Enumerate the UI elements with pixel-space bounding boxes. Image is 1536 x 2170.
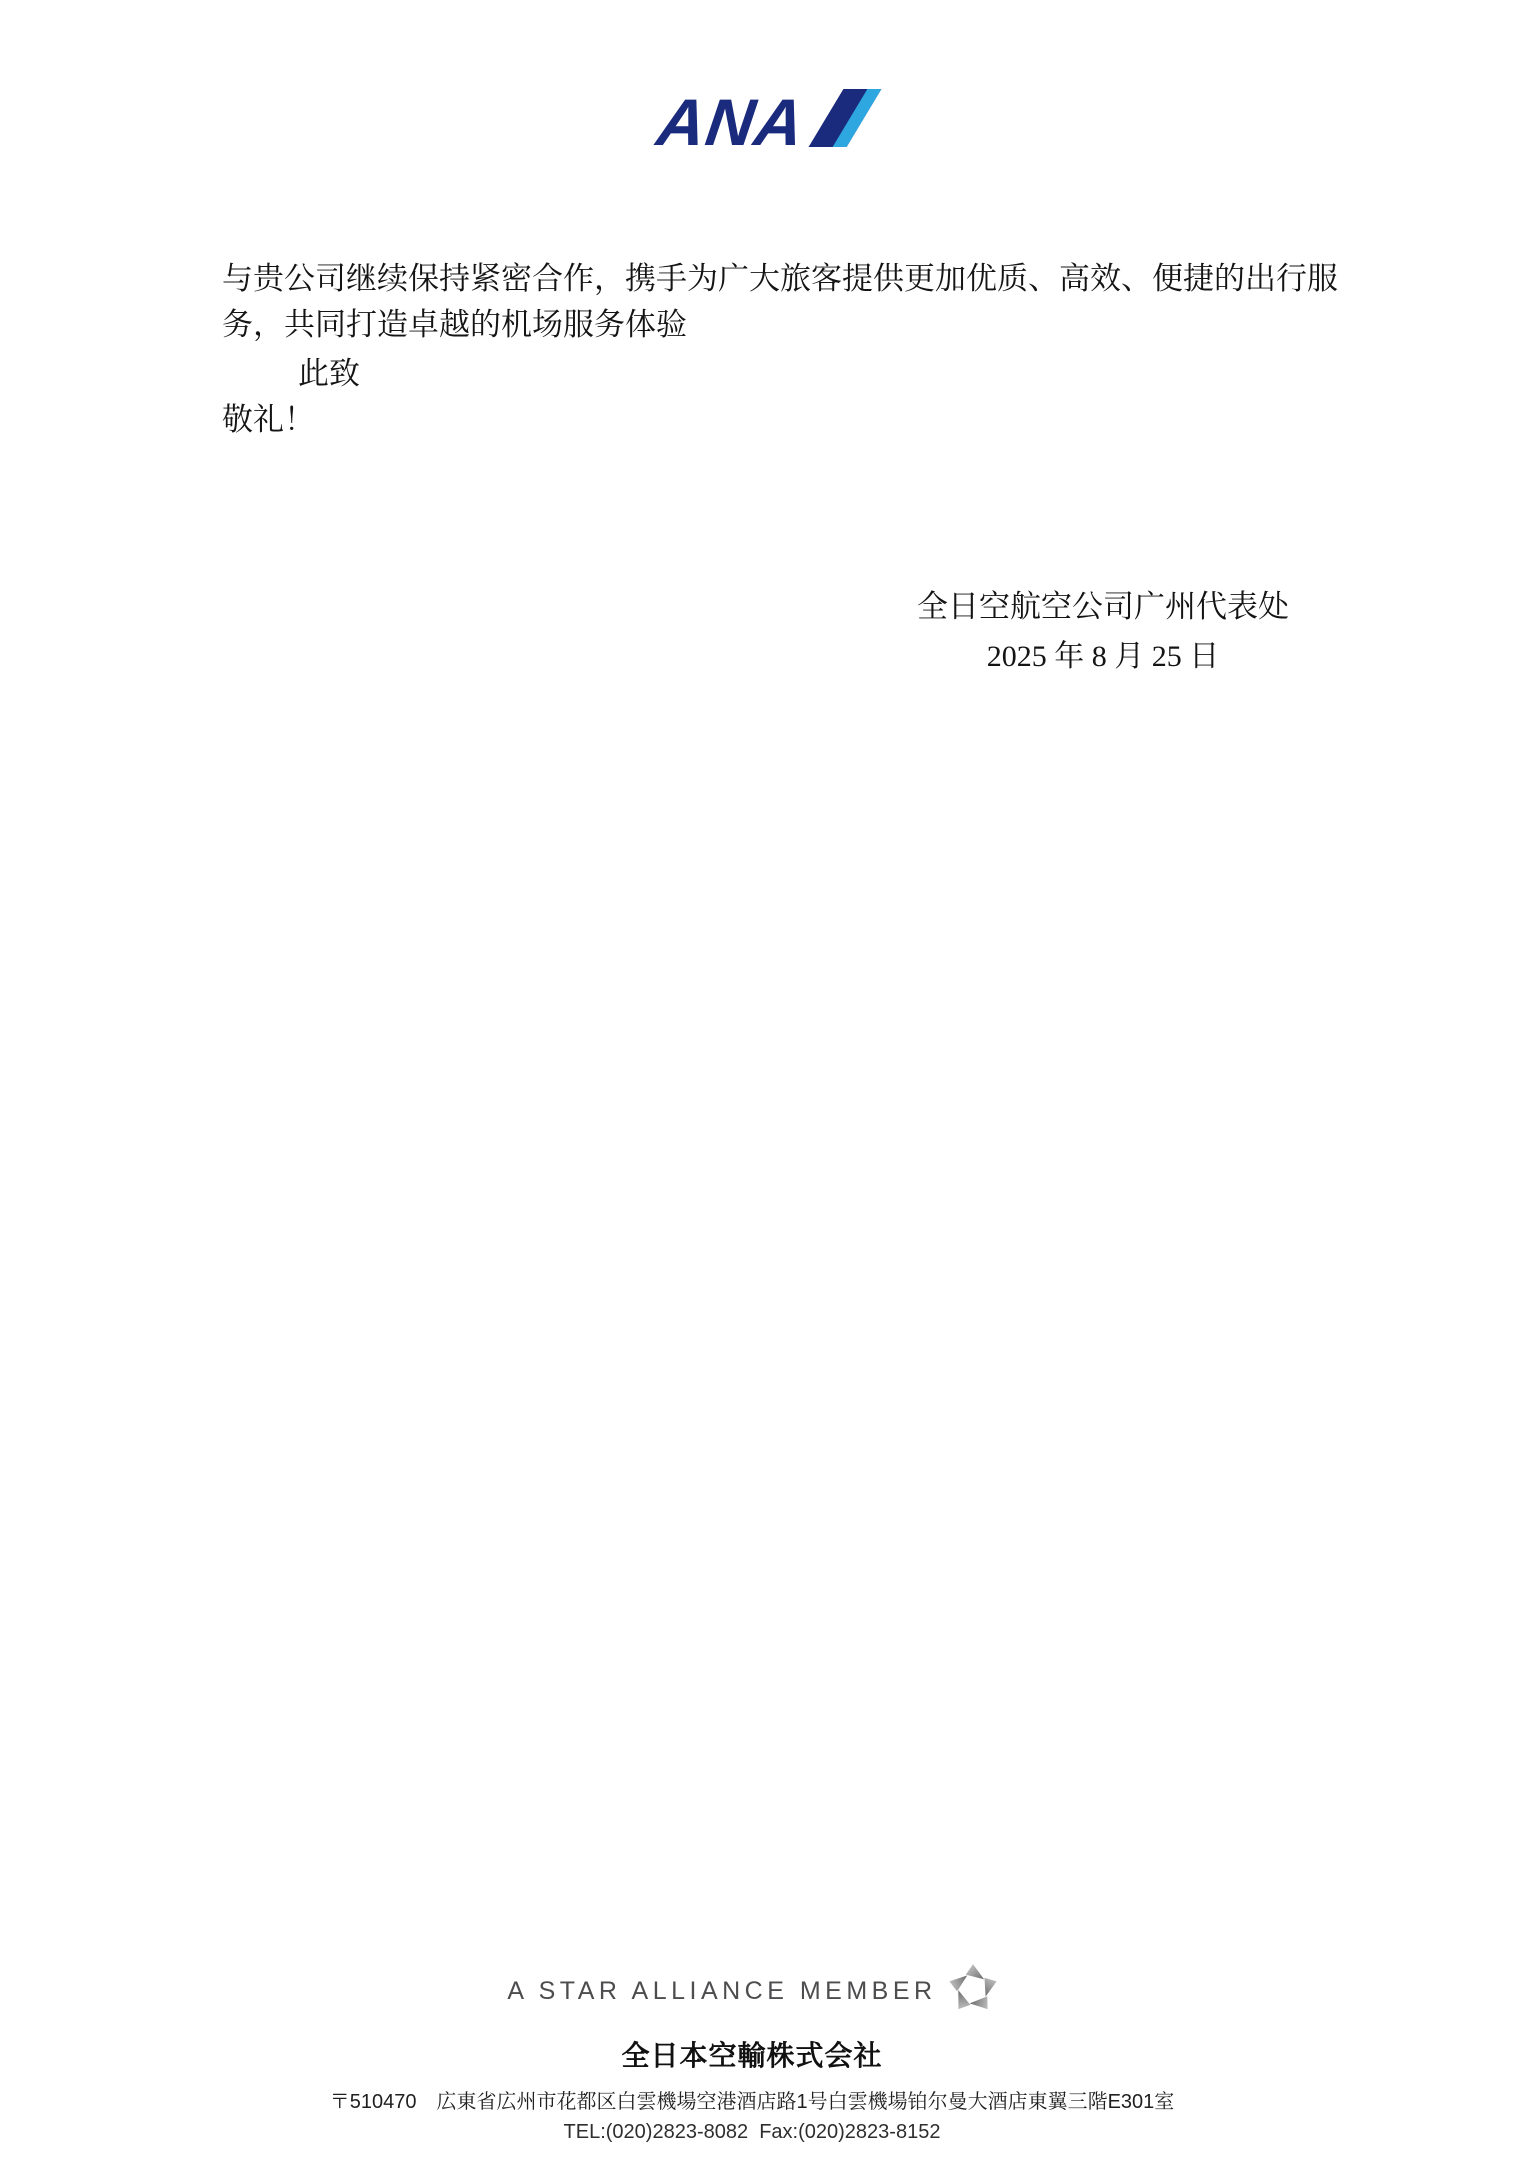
letter-body: 与贵公司继续保持紧密合作，携手为广大旅客提供更加优质、高效、便捷的出行服 务，共… (222, 256, 1362, 443)
letter-page: ANA 与贵公司继续保持紧密合作，携手为广大旅客提供更加优质、高效、便捷的出行服… (0, 0, 1536, 2170)
signature-date: 2025 年 8 月 25 日 (912, 632, 1294, 682)
footer-tel-fax: TEL:(020)2823-8082 Fax:(020)2823-8152 (0, 2121, 1520, 2144)
body-line: 与贵公司继续保持紧密合作，携手为广大旅客提供更加优质、高效、便捷的出行服 (222, 256, 1362, 302)
ana-slash-icon (809, 89, 882, 147)
closing-jingli: 敬礼！ (222, 397, 1362, 443)
star-alliance-logo-icon (949, 1960, 997, 2023)
star-alliance-row: A STAR ALLIANCE MEMBER (0, 1962, 1520, 2020)
ana-logo: ANA (658, 84, 864, 148)
signature-block: 全日空航空公司广州代表处 2025 年 8 月 25 日 (912, 582, 1294, 682)
footer-company-name: 全日本空輸株式会社 (0, 2034, 1520, 2074)
body-line: 务，共同打造卓越的机场服务体验 (222, 302, 1362, 348)
star-alliance-label: A STAR ALLIANCE MEMBER (507, 1977, 936, 2006)
footer-address: 〒510470 広東省広州市花都区白雲機場空港酒店路1号白雲機場铂尔曼大酒店東翼… (0, 2085, 1520, 2114)
footer: A STAR ALLIANCE MEMBER (0, 1962, 1520, 2144)
closing-cizhi: 此致 (222, 351, 1362, 397)
ana-logo-text: ANA (654, 96, 807, 148)
signature-company: 全日空航空公司广州代表处 (912, 582, 1294, 632)
